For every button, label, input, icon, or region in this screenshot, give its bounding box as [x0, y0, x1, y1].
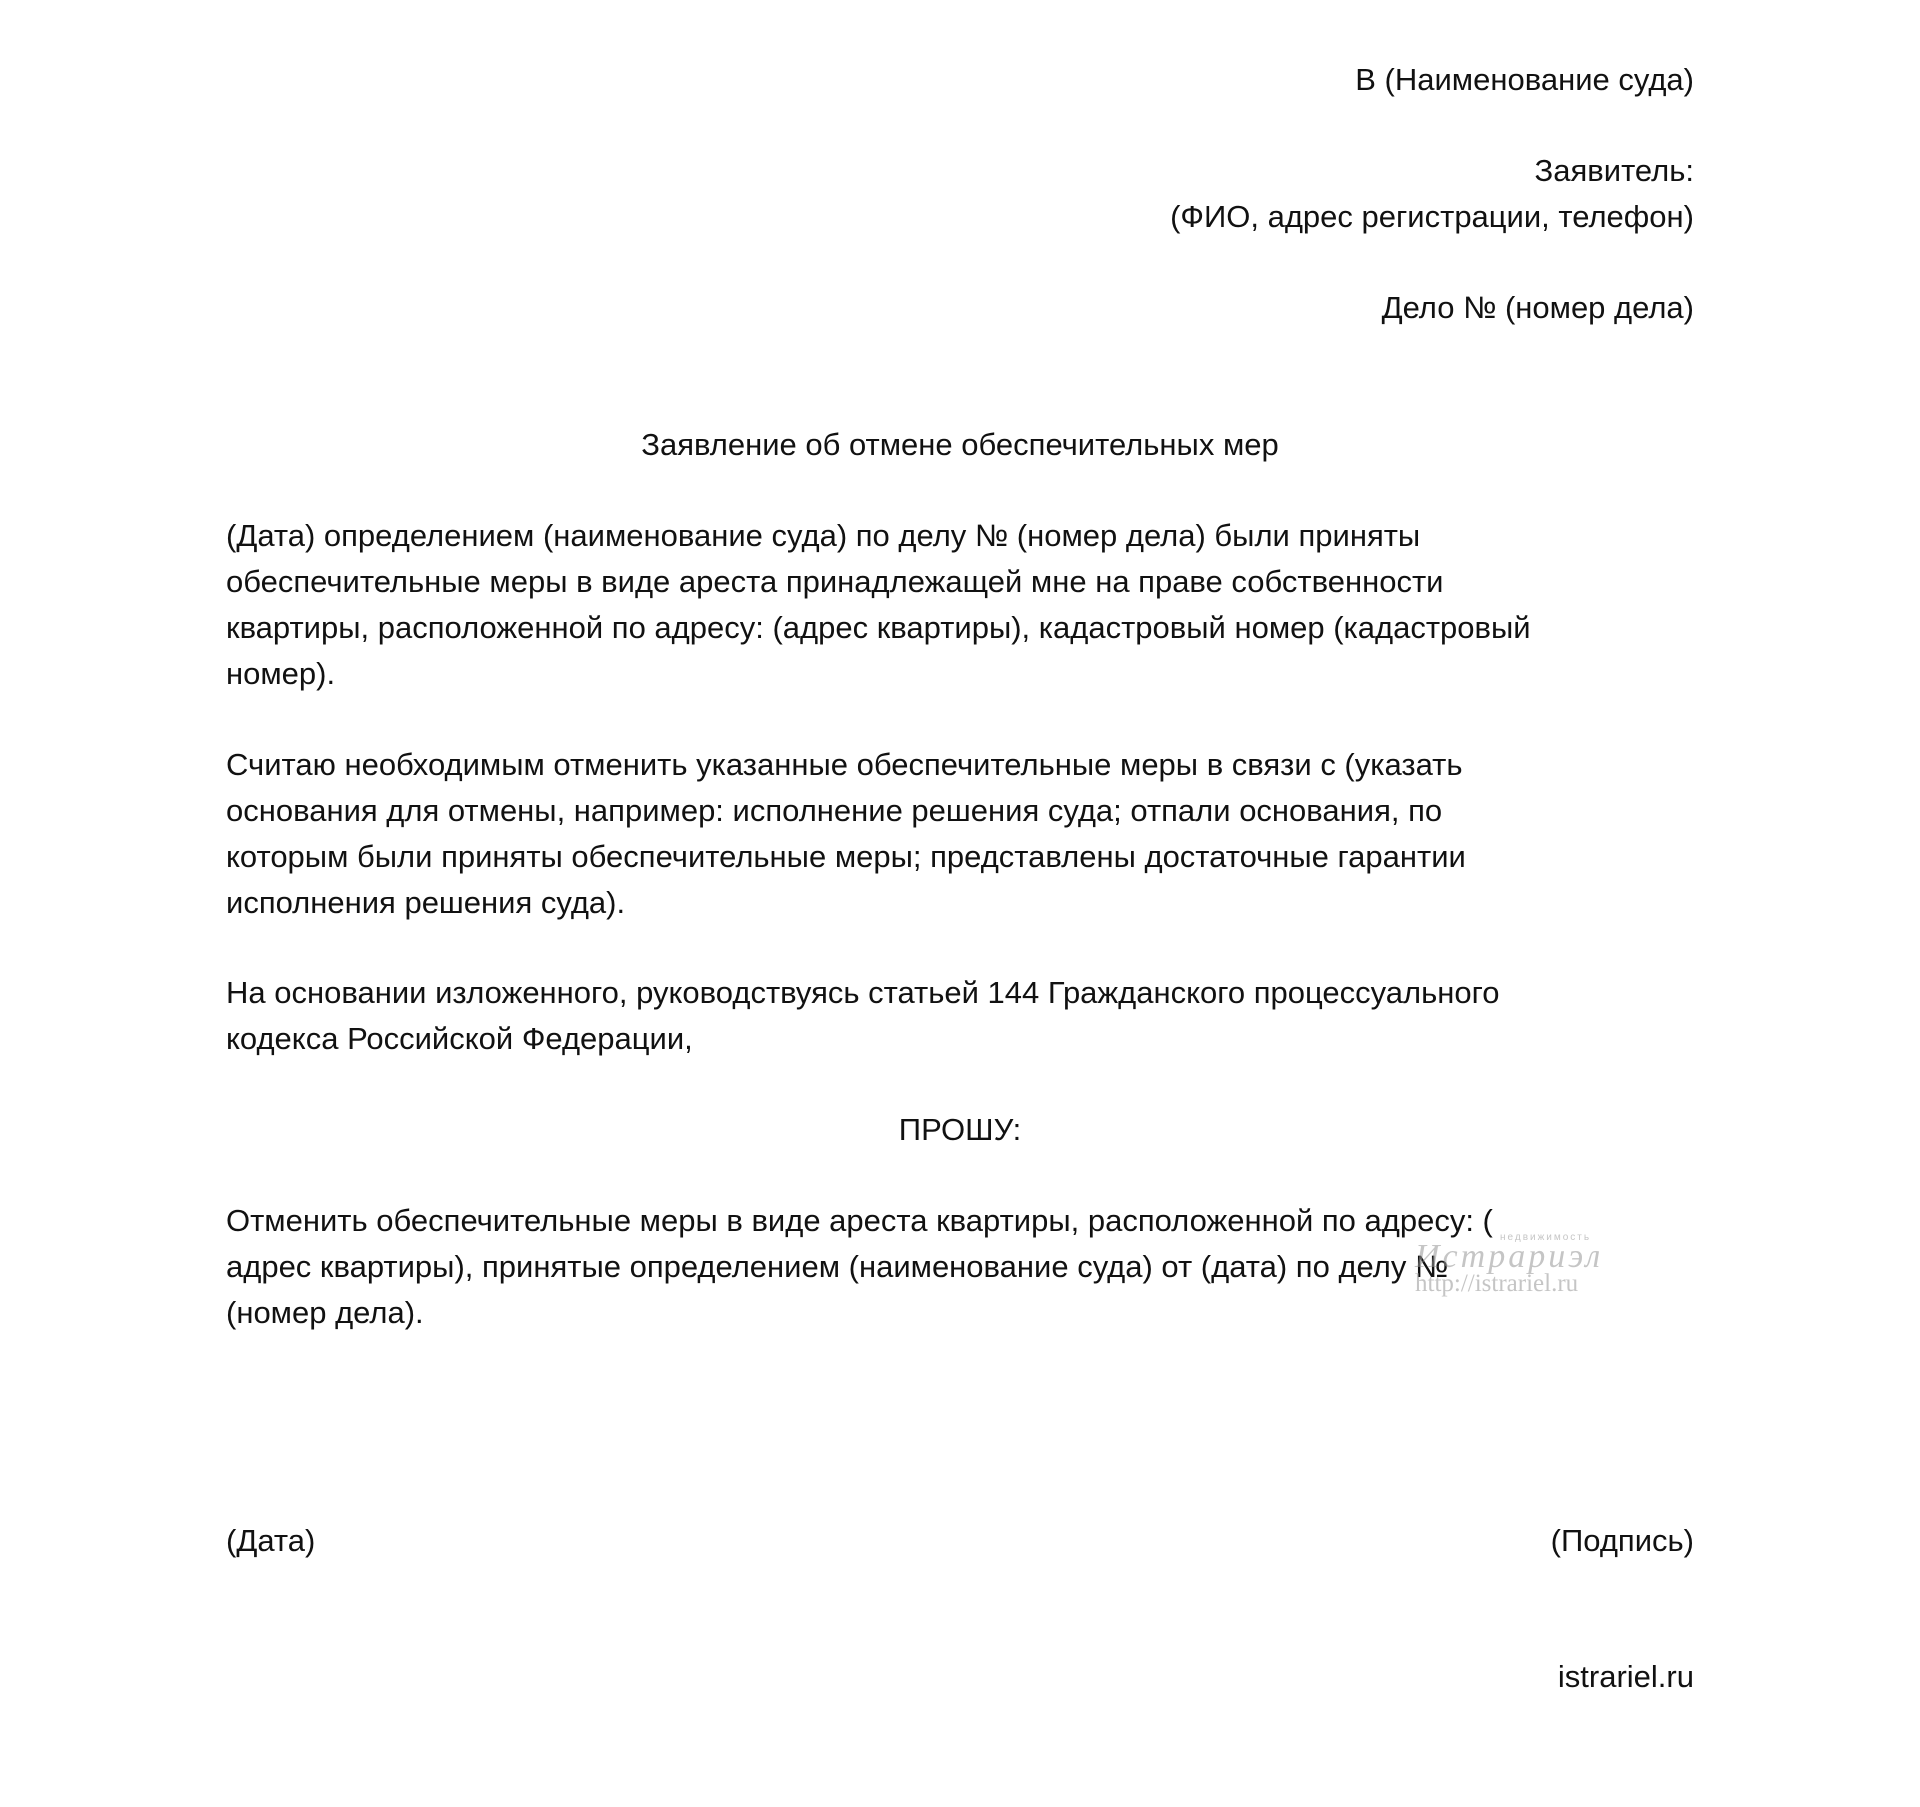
case-number: Дело № (номер дела)	[1382, 285, 1694, 331]
court-name: В (Наименование суда)	[1355, 57, 1694, 103]
text-line: основания для отмены, например: исполнен…	[226, 788, 1696, 834]
text-line: квартиры, расположенной по адресу: (адре…	[226, 605, 1696, 651]
text-line: кодекса Российской Федерации,	[226, 1016, 1696, 1062]
request-heading: ПРОШУ:	[0, 1107, 1920, 1153]
text-line: (Дата) определением (наименование суда) …	[226, 513, 1696, 559]
text-line: На основании изложенного, руководствуясь…	[226, 970, 1696, 1016]
text-line: Отменить обеспечительные меры в виде аре…	[226, 1198, 1696, 1244]
document-title: Заявление об отмене обеспечительных мер	[0, 422, 1920, 468]
applicant-details: (ФИО, адрес регистрации, телефон)	[1170, 194, 1694, 240]
date-placeholder: (Дата)	[226, 1518, 315, 1564]
text-line: которым были приняты обеспечительные мер…	[226, 834, 1696, 880]
text-line: исполнения решения суда).	[226, 880, 1696, 926]
text-line: (номер дела).	[226, 1290, 1696, 1336]
text-line: обеспечительные меры в виде ареста прина…	[226, 559, 1696, 605]
text-line: Считаю необходимым отменить указанные об…	[226, 742, 1696, 788]
paragraph-legal-basis: На основании изложенного, руководствуясь…	[226, 970, 1696, 1062]
signature-placeholder: (Подпись)	[1551, 1518, 1694, 1564]
paragraph-grounds: Считаю необходимым отменить указанные об…	[226, 742, 1696, 926]
paragraph-measures-taken: (Дата) определением (наименование суда) …	[226, 513, 1696, 697]
text-line: номер).	[226, 651, 1696, 697]
text-line: адрес квартиры), принятые определением (…	[226, 1244, 1696, 1290]
applicant-label: Заявитель:	[1535, 148, 1694, 194]
site-name: istrariel.ru	[1558, 1654, 1694, 1700]
paragraph-request: Отменить обеспечительные меры в виде аре…	[226, 1198, 1696, 1336]
